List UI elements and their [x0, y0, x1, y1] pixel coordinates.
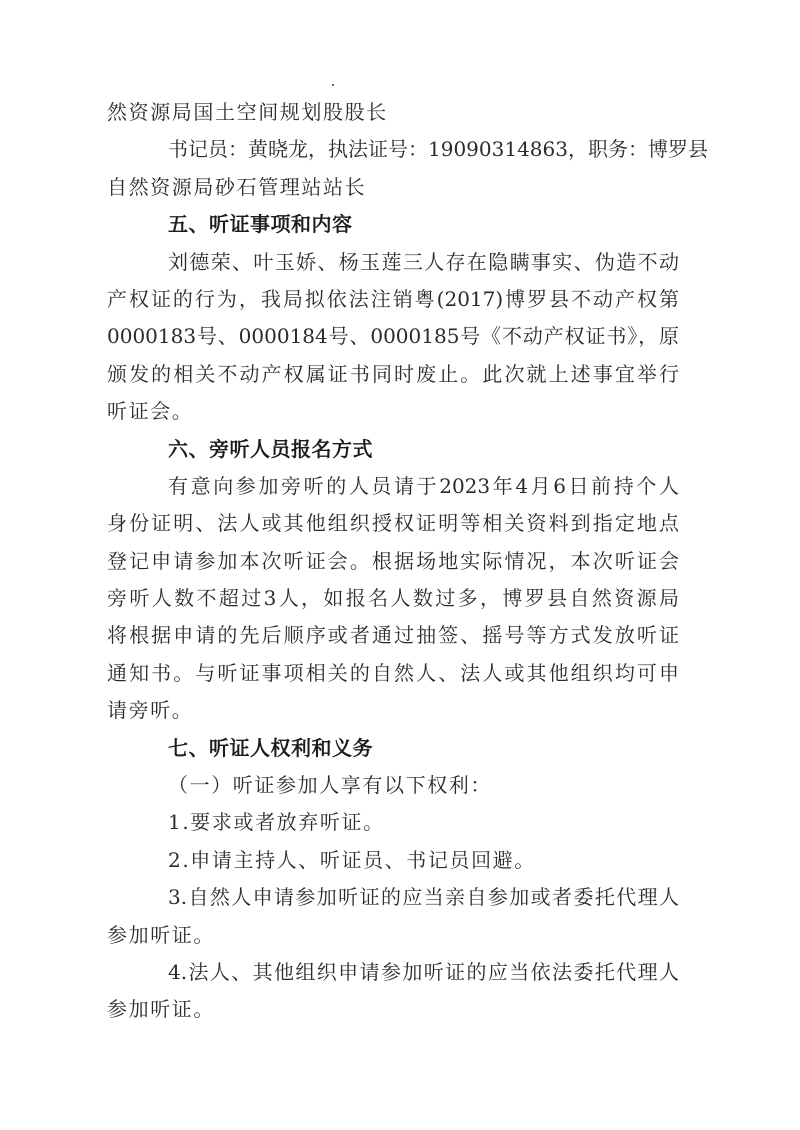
text-line: 产权证的行为，我局拟依法注销粤(2017)博罗县不动产权第: [107, 281, 679, 318]
text-line: 有意向参加旁听的人员请于2023年4月6日前持个人: [107, 468, 679, 505]
text-line: 自然资源局砂石管理站站长: [107, 169, 679, 206]
text-line: 书记员：黄晓龙，执法证号：19090314863，职务：博罗县: [107, 131, 679, 168]
document-body: 然资源局国土空间规划股股长 书记员：黄晓龙，执法证号：19090314863，职…: [107, 94, 679, 1029]
subsection-heading: （一）听证参加人享有以下权利：: [107, 767, 679, 804]
text-line: 参加听证。: [107, 917, 679, 954]
text-line: 参加听证。: [107, 991, 679, 1028]
scan-speck: [332, 84, 334, 86]
section-heading-7: 七、听证人权利和义务: [107, 730, 679, 767]
list-item: 4.法人、其他组织申请参加听证的应当依法委托代理人: [107, 954, 679, 991]
text-line: 刘德荣、叶玉娇、杨玉莲三人存在隐瞒事实、伪造不动: [107, 244, 679, 281]
text-line: 将根据申请的先后顺序或者通过抽签、摇号等方式发放听证: [107, 617, 679, 654]
text-line: 0000183号、0000184号、0000185号《不动产权证书》，原: [107, 318, 679, 355]
text-line: 身份证明、法人或其他组织授权证明等相关资料到指定地点: [107, 505, 679, 542]
text-line: 请旁听。: [107, 692, 679, 729]
text-line: 旁听人数不超过3人，如报名人数过多，博罗县自然资源局: [107, 580, 679, 617]
text-line: 登记申请参加本次听证会。根据场地实际情况，本次听证会: [107, 543, 679, 580]
list-item: 2.申请主持人、听证员、书记员回避。: [107, 842, 679, 879]
section-heading-6: 六、旁听人员报名方式: [107, 431, 679, 468]
text-line: 通知书。与听证事项相关的自然人、法人或其他组织均可申: [107, 655, 679, 692]
text-line: 听证会。: [107, 393, 679, 430]
document-page: 然资源局国土空间规划股股长 书记员：黄晓龙，执法证号：19090314863，职…: [0, 0, 800, 1130]
list-item: 1.要求或者放弃听证。: [107, 804, 679, 841]
text-line: 然资源局国土空间规划股股长: [107, 94, 679, 131]
list-item: 3.自然人申请参加听证的应当亲自参加或者委托代理人: [107, 879, 679, 916]
section-heading-5: 五、听证事项和内容: [107, 206, 679, 243]
text-line: 颁发的相关不动产权属证书同时废止。此次就上述事宜举行: [107, 356, 679, 393]
